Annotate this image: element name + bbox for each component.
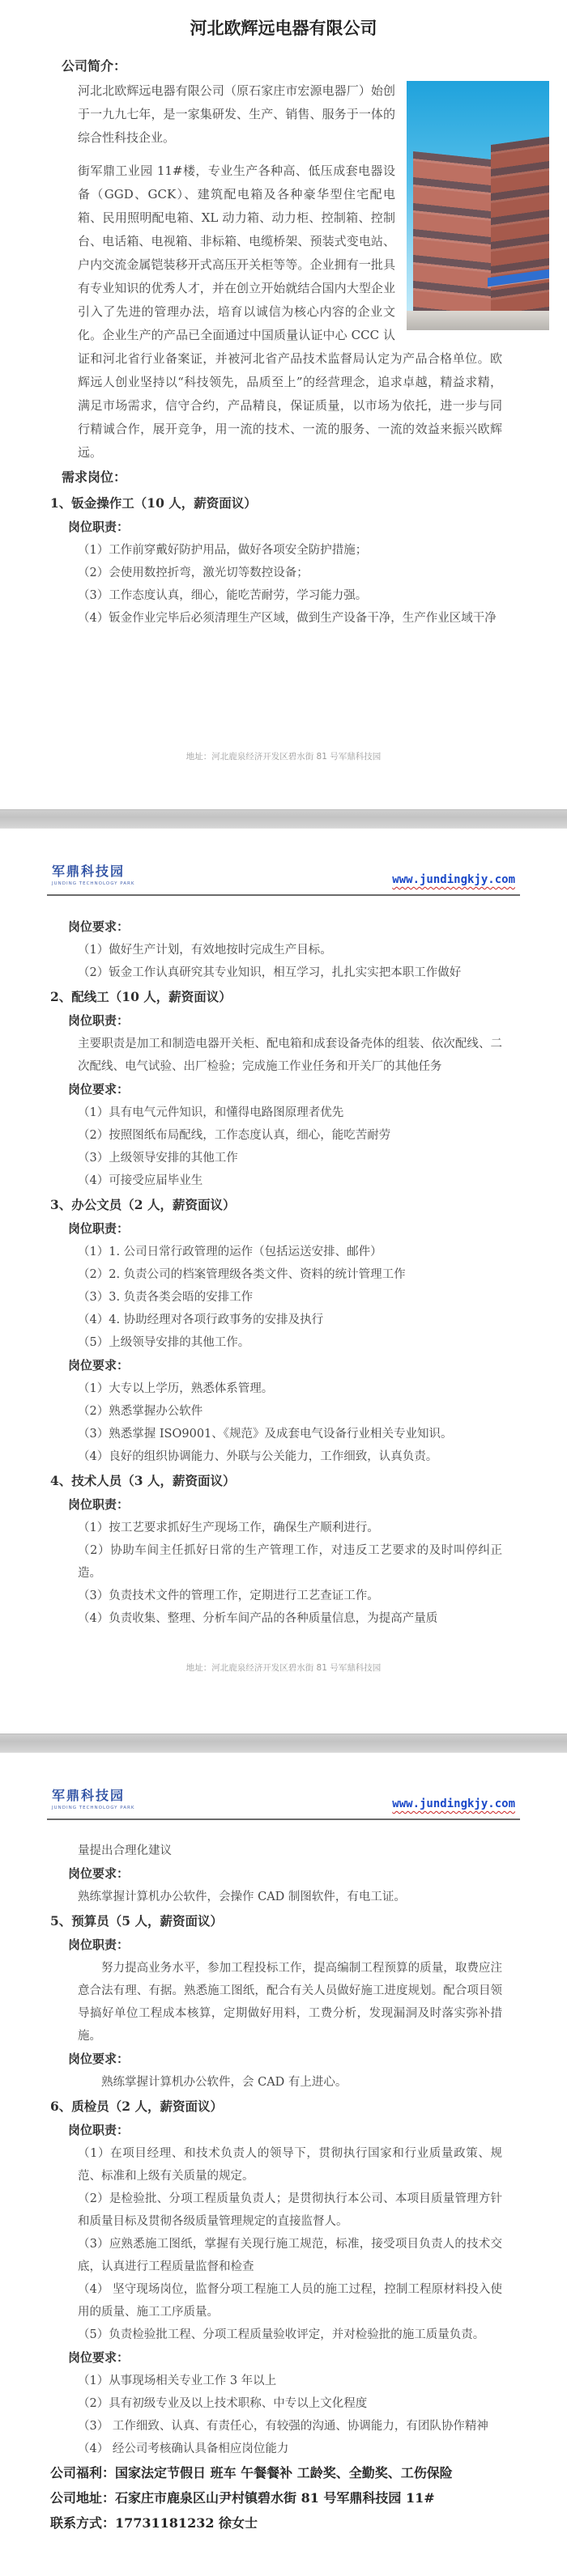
doc-line-sub: 岗位职责： xyxy=(68,1009,502,1033)
page-3: 军鼎科技园 JUNDING TECHNOLOGY PARK www.jundin… xyxy=(0,1753,567,2576)
doc-line-pind: 努力提高业务水平，参加工程投标工作，提高编制工程预算的质量，取费应注意合法有理、… xyxy=(78,1957,502,2048)
document-preview: 河北欧辉远电器有限公司公司简介： 河北北欧辉远电器有限公司（原石家庄市宏源电器厂… xyxy=(0,0,567,2576)
junding-logo: 军鼎科技园 JUNDING TECHNOLOGY PARK xyxy=(52,1785,134,1810)
doc-line-p: （3）工作态度认真，细心，能吃苦耐劳，学习能力强。 xyxy=(78,584,502,607)
doc-line-sub: 岗位职责： xyxy=(68,1217,502,1241)
doc-line-sub: 岗位要求： xyxy=(68,1078,502,1101)
company-title: 河北欧辉远电器有限公司 xyxy=(65,15,502,42)
doc-line-p: （4）可接受应届毕业生 xyxy=(78,1169,502,1192)
page-2-body: 岗位要求：（1）做好生产计划，有效地按时完成生产目标。（2）钣金工作认真研究其专… xyxy=(0,907,567,1630)
doc-line-pind: 熟练掌握计算机办公软件，会 CAD 有上进心。 xyxy=(78,2071,502,2094)
doc-line-p: （2）协助车间主任抓好日常的生产管理工作，对违反工艺要求的及时叫停纠正造。 xyxy=(78,1539,502,1585)
doc-line-p: （2）是检验批、分项工程质量负责人；是贯彻执行本公司、本项目质量管理方针和质量目… xyxy=(78,2188,502,2233)
page-3-body: 量提出合理化建议岗位要求：熟练掌握计算机办公软件，会操作 CAD 制图软件，有电… xyxy=(0,1831,567,2536)
website-url-link[interactable]: www.jundingkjy.com xyxy=(392,873,515,886)
page-break-band-2 xyxy=(0,1734,567,1753)
page-2: 军鼎科技园 JUNDING TECHNOLOGY PARK www.jundin… xyxy=(0,829,567,1734)
doc-line-p: （1）工作前穿戴好防护用品，做好各项安全防护措施； xyxy=(78,539,502,562)
company-address: 公司地址：石家庄市鹿泉区山尹村镇碧水街 81 号军鼎科技园 11# xyxy=(50,2485,502,2510)
doc-line-sub: 岗位要求： xyxy=(68,2048,502,2071)
page-1-footer-address: 地址：河北鹿泉经济开发区碧水街 81 号军鼎科技园 xyxy=(0,750,567,762)
doc-line-p: （5）负责检验批工程、分项工程质量验收评定，并对检验批的施工质量负责。 xyxy=(78,2323,502,2346)
doc-line-sub: 岗位职责： xyxy=(68,2119,502,2142)
doc-line-sub: 岗位职责： xyxy=(68,1493,502,1517)
doc-line-p: （1）在项目经理、和技术负责人的领导下，贯彻执行国家和行业质量政策、规范、标准和… xyxy=(78,2142,502,2188)
job-1-title: 1、钣金操作工（10 人，薪资面议） xyxy=(50,490,502,516)
section-company-intro: 公司简介： xyxy=(62,53,502,79)
job-6-title: 6、质检员（2 人，薪资面议） xyxy=(50,2094,502,2119)
doc-line-p: （2）熟悉掌握办公软件 xyxy=(78,1400,502,1423)
page-2-footer-address: 地址：河北鹿泉经济开发区碧水街 81 号军鼎科技园 xyxy=(0,1661,567,1674)
doc-line-p: （1）大专以上学历，熟悉体系管理。 xyxy=(78,1377,502,1400)
job-2-title: 2、配线工（10 人，薪资面议） xyxy=(50,984,502,1009)
building-left-face xyxy=(413,151,491,321)
doc-line-sub: 岗位要求： xyxy=(68,1354,502,1377)
junding-logo-text: 军鼎科技园 xyxy=(52,861,134,880)
doc-line-p: （1）按工艺要求抓好生产现场工作，确保生产顺利进行。 xyxy=(78,1517,502,1539)
job-3-title: 3、办公文员（2 人，薪资面议） xyxy=(50,1192,502,1217)
doc-line-p: （1）做好生产计划，有效地按时完成生产目标。 xyxy=(78,939,502,961)
page-break-band-1 xyxy=(0,809,567,829)
doc-line-p: 主要职责是加工和制造电器开关柜、配电箱和成套设备壳体的组装、依次配线、二次配线、… xyxy=(78,1033,502,1078)
doc-line-p: （2）2. 负责公司的档案管理级各类文件、资料的统计管理工作 xyxy=(78,1263,502,1286)
company-benefits: 公司福利：国家法定节假日 班车 午餐餐补 工龄奖、全勤奖、工伤保险 xyxy=(50,2460,502,2485)
website-url-link[interactable]: www.jundingkjy.com xyxy=(392,1797,515,1810)
page-1: 河北欧辉远电器有限公司公司简介： 河北北欧辉远电器有限公司（原石家庄市宏源电器厂… xyxy=(0,0,567,809)
junding-logo-text: 军鼎科技园 xyxy=(52,1785,134,1804)
building-right-face xyxy=(491,137,549,328)
doc-line-sub: 岗位职责： xyxy=(68,516,502,539)
doc-line-sub: 岗位要求： xyxy=(68,915,502,939)
page-1-body: 河北欧辉远电器有限公司公司简介： 河北北欧辉远电器有限公司（原石家庄市宏源电器厂… xyxy=(0,0,567,630)
job-5-title: 5、预算员（5 人，薪资面议） xyxy=(50,1908,502,1933)
doc-line-p: （4） 经公司考核确认具备相应岗位能力 xyxy=(78,2438,502,2460)
doc-line-p: 熟练掌握计算机办公软件，会操作 CAD 制图软件，有电工证。 xyxy=(78,1886,502,1908)
doc-line-p: （4）良好的组织协调能力、外联与公关能力，工作细致，认真负责。 xyxy=(78,1445,502,1468)
doc-line-p: （4）负责收集、整理、分析车间产品的各种质量信息，为提高产量质 xyxy=(78,1607,502,1630)
doc-line-sub: 岗位要求： xyxy=(68,2346,502,2370)
junding-logo: 军鼎科技园 JUNDING TECHNOLOGY PARK xyxy=(52,861,134,886)
job-4-title: 4、技术人员（3 人，薪资面议） xyxy=(50,1468,502,1493)
header-divider xyxy=(47,1818,520,1820)
doc-line-p: 量提出合理化建议 xyxy=(78,1840,502,1862)
doc-line-p: （4） 坚守现场岗位，监督分项工程施工人员的施工过程，控制工程原材料投入使用的质… xyxy=(78,2278,502,2323)
doc-line-p: （1）具有电气元件知识，和懂得电路图原理者优先 xyxy=(78,1101,502,1124)
doc-line-p: （2）会使用数控折弯，激光切等数控设备； xyxy=(78,562,502,584)
doc-line-p: （5）上级领导安排的其他工作。 xyxy=(78,1331,502,1354)
doc-line-sub: 岗位要求： xyxy=(68,1862,502,1886)
doc-line-p: （1）从事现场相关专业工作 3 年以上 xyxy=(78,2370,502,2392)
building-photo-image xyxy=(407,81,549,330)
header-divider xyxy=(47,894,520,896)
doc-line-p: （2）钣金工作认真研究其专业知识，相互学习，扎扎实实把本职工作做好 xyxy=(78,961,502,984)
doc-line-p: （4）钣金作业完毕后必须清理生产区域，做到生产设备干净，生产作业区域干净 xyxy=(78,607,502,630)
doc-line-p: （3）应熟悉施工图纸，掌握有关现行施工规范，标准，接受项目负责人的技术交底，认真… xyxy=(78,2233,502,2278)
page-3-letterhead: 军鼎科技园 JUNDING TECHNOLOGY PARK www.jundin… xyxy=(0,1753,567,1815)
contact-phone: 联系方式：17731181232 徐女士 xyxy=(50,2510,502,2536)
junding-logo-subtext: JUNDING TECHNOLOGY PARK xyxy=(52,1806,134,1810)
page-2-letterhead: 军鼎科技园 JUNDING TECHNOLOGY PARK www.jundin… xyxy=(0,829,567,891)
doc-line-p: （4）4. 协助经理对各项行政事务的安排及执行 xyxy=(78,1309,502,1331)
doc-line-p: （1）1. 公司日常行政管理的运作（包括运送安排、邮件） xyxy=(78,1241,502,1263)
doc-line-p: （3）3. 负责各类会晤的安排工作 xyxy=(78,1286,502,1309)
doc-line-p: （3）上级领导安排的其他工作 xyxy=(78,1147,502,1169)
doc-line-p: （3）熟悉掌握 ISO9001、《规范》及成套电气设备行业相关专业知识。 xyxy=(78,1423,502,1445)
junding-logo-subtext: JUNDING TECHNOLOGY PARK xyxy=(52,881,134,886)
doc-line-p: （3）负责技术文件的管理工作，定期进行工艺查证工作。 xyxy=(78,1585,502,1607)
doc-line-p: （3） 工作细致、认真、有责任心，有较强的沟通、协调能力，有团队协作精神 xyxy=(78,2415,502,2438)
building-ground xyxy=(407,311,549,330)
section-positions: 需求岗位： xyxy=(62,465,502,490)
doc-line-sub: 岗位职责： xyxy=(68,1933,502,1957)
doc-line-p: （2）具有初级专业及以上技术职称、中专以上文化程度 xyxy=(78,2392,502,2415)
doc-line-p: （2）按照图纸布局配线，工作态度认真，细心，能吃苦耐劳 xyxy=(78,1124,502,1147)
